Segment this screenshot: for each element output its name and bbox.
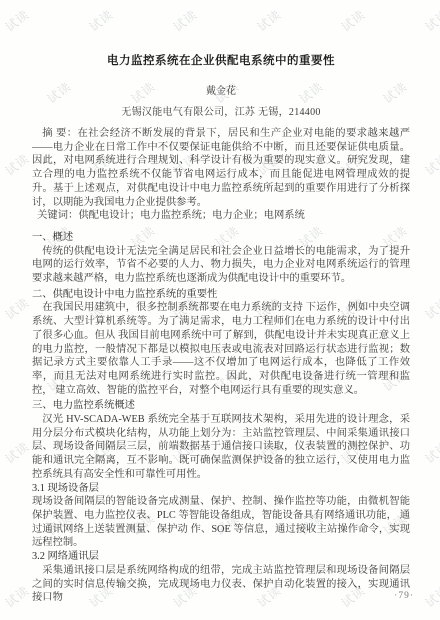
page-number: ·79· bbox=[394, 591, 414, 601]
section-1-paragraph: 传统的供配电设计无法完全满足居民和社会企业日益增长的电能需求，为了提升电网的运行… bbox=[32, 245, 410, 286]
author-name: 戴金花 bbox=[32, 85, 410, 98]
abstract-label: 摘 要： bbox=[42, 128, 77, 139]
document-page: 试读试读试读试读试读试读试读试读试读试读试读试读试读试读试读试读试读试读试读试读… bbox=[0, 0, 440, 620]
section-3-1: 3.1 现场设备层 现场设备间隔层的智能设备完成测量、保护、控制、操作监控等功能… bbox=[32, 482, 410, 551]
section-3-2-paragraph: 采集通讯接口层是系统网络构成的纽带，完成主站监控管理层和现场设备间隔层之间的实时… bbox=[32, 564, 410, 605]
author-affiliation: 无锡汉能电气有限公司，江苏 无锡，214400 bbox=[32, 106, 410, 119]
section-2-heading: 二、供配电设计中电力监控系统的重要性 bbox=[32, 288, 410, 302]
section-3-1-heading: 3.1 现场设备层 bbox=[32, 482, 410, 496]
section-2: 二、供配电设计中电力监控系统的重要性 在我国民用建筑中，很多控制系统都要在电力系… bbox=[32, 288, 410, 398]
abstract-text: 在社会经济不断发展的背景下，居民和生产企业对电能的要求越来越严——电力企业在日常… bbox=[32, 128, 410, 208]
section-2-paragraph: 在我国民用建筑中，很多控制系统都要在电力系统的支持 下运作，例如中央空调系统、大… bbox=[32, 301, 410, 397]
article-title: 电力监控系统在企业供配电系统中的重要性 bbox=[32, 54, 410, 69]
section-3-2-heading: 3.2 网络通讯层 bbox=[32, 550, 410, 564]
section-3-1-paragraph: 现场设备间隔层的智能设备完成测量、保护、控制、操作监控等功能，由微机智能保护装置… bbox=[32, 495, 410, 550]
section-1-heading: 一、概述 bbox=[32, 231, 410, 245]
section-3: 三、电力监控系统概述 汉光 HV-SCADA-WEB 系统完全基于互联网技术架构… bbox=[32, 399, 410, 481]
abstract-paragraph: 摘 要：在社会经济不断发展的背景下，居民和生产企业对电能的要求越来越严——电力企… bbox=[32, 127, 410, 209]
article-content: 电力监控系统在企业供配电系统中的重要性 戴金花 无锡汉能电气有限公司，江苏 无锡… bbox=[0, 0, 440, 605]
section-3-heading: 三、电力监控系统概述 bbox=[32, 399, 410, 413]
keywords-line: 关键词：供配电设计；电力监控系统；电力企业；电网系统 bbox=[32, 209, 410, 223]
keywords-label: 关键词： bbox=[37, 210, 78, 221]
section-1: 一、概述 传统的供配电设计无法完全满足居民和社会企业日益增长的电能需求，为了提升… bbox=[32, 231, 410, 286]
keywords-text: 供配电设计；电力监控系统；电力企业；电网系统 bbox=[78, 210, 305, 221]
section-3-paragraph: 汉光 HV-SCADA-WEB 系统完全基于互联网技术架构，采用先进的设计理念，… bbox=[32, 413, 410, 482]
section-3-2: 3.2 网络通讯层 采集通讯接口层是系统网络构成的纽带，完成主站监控管理层和现场… bbox=[32, 550, 410, 605]
